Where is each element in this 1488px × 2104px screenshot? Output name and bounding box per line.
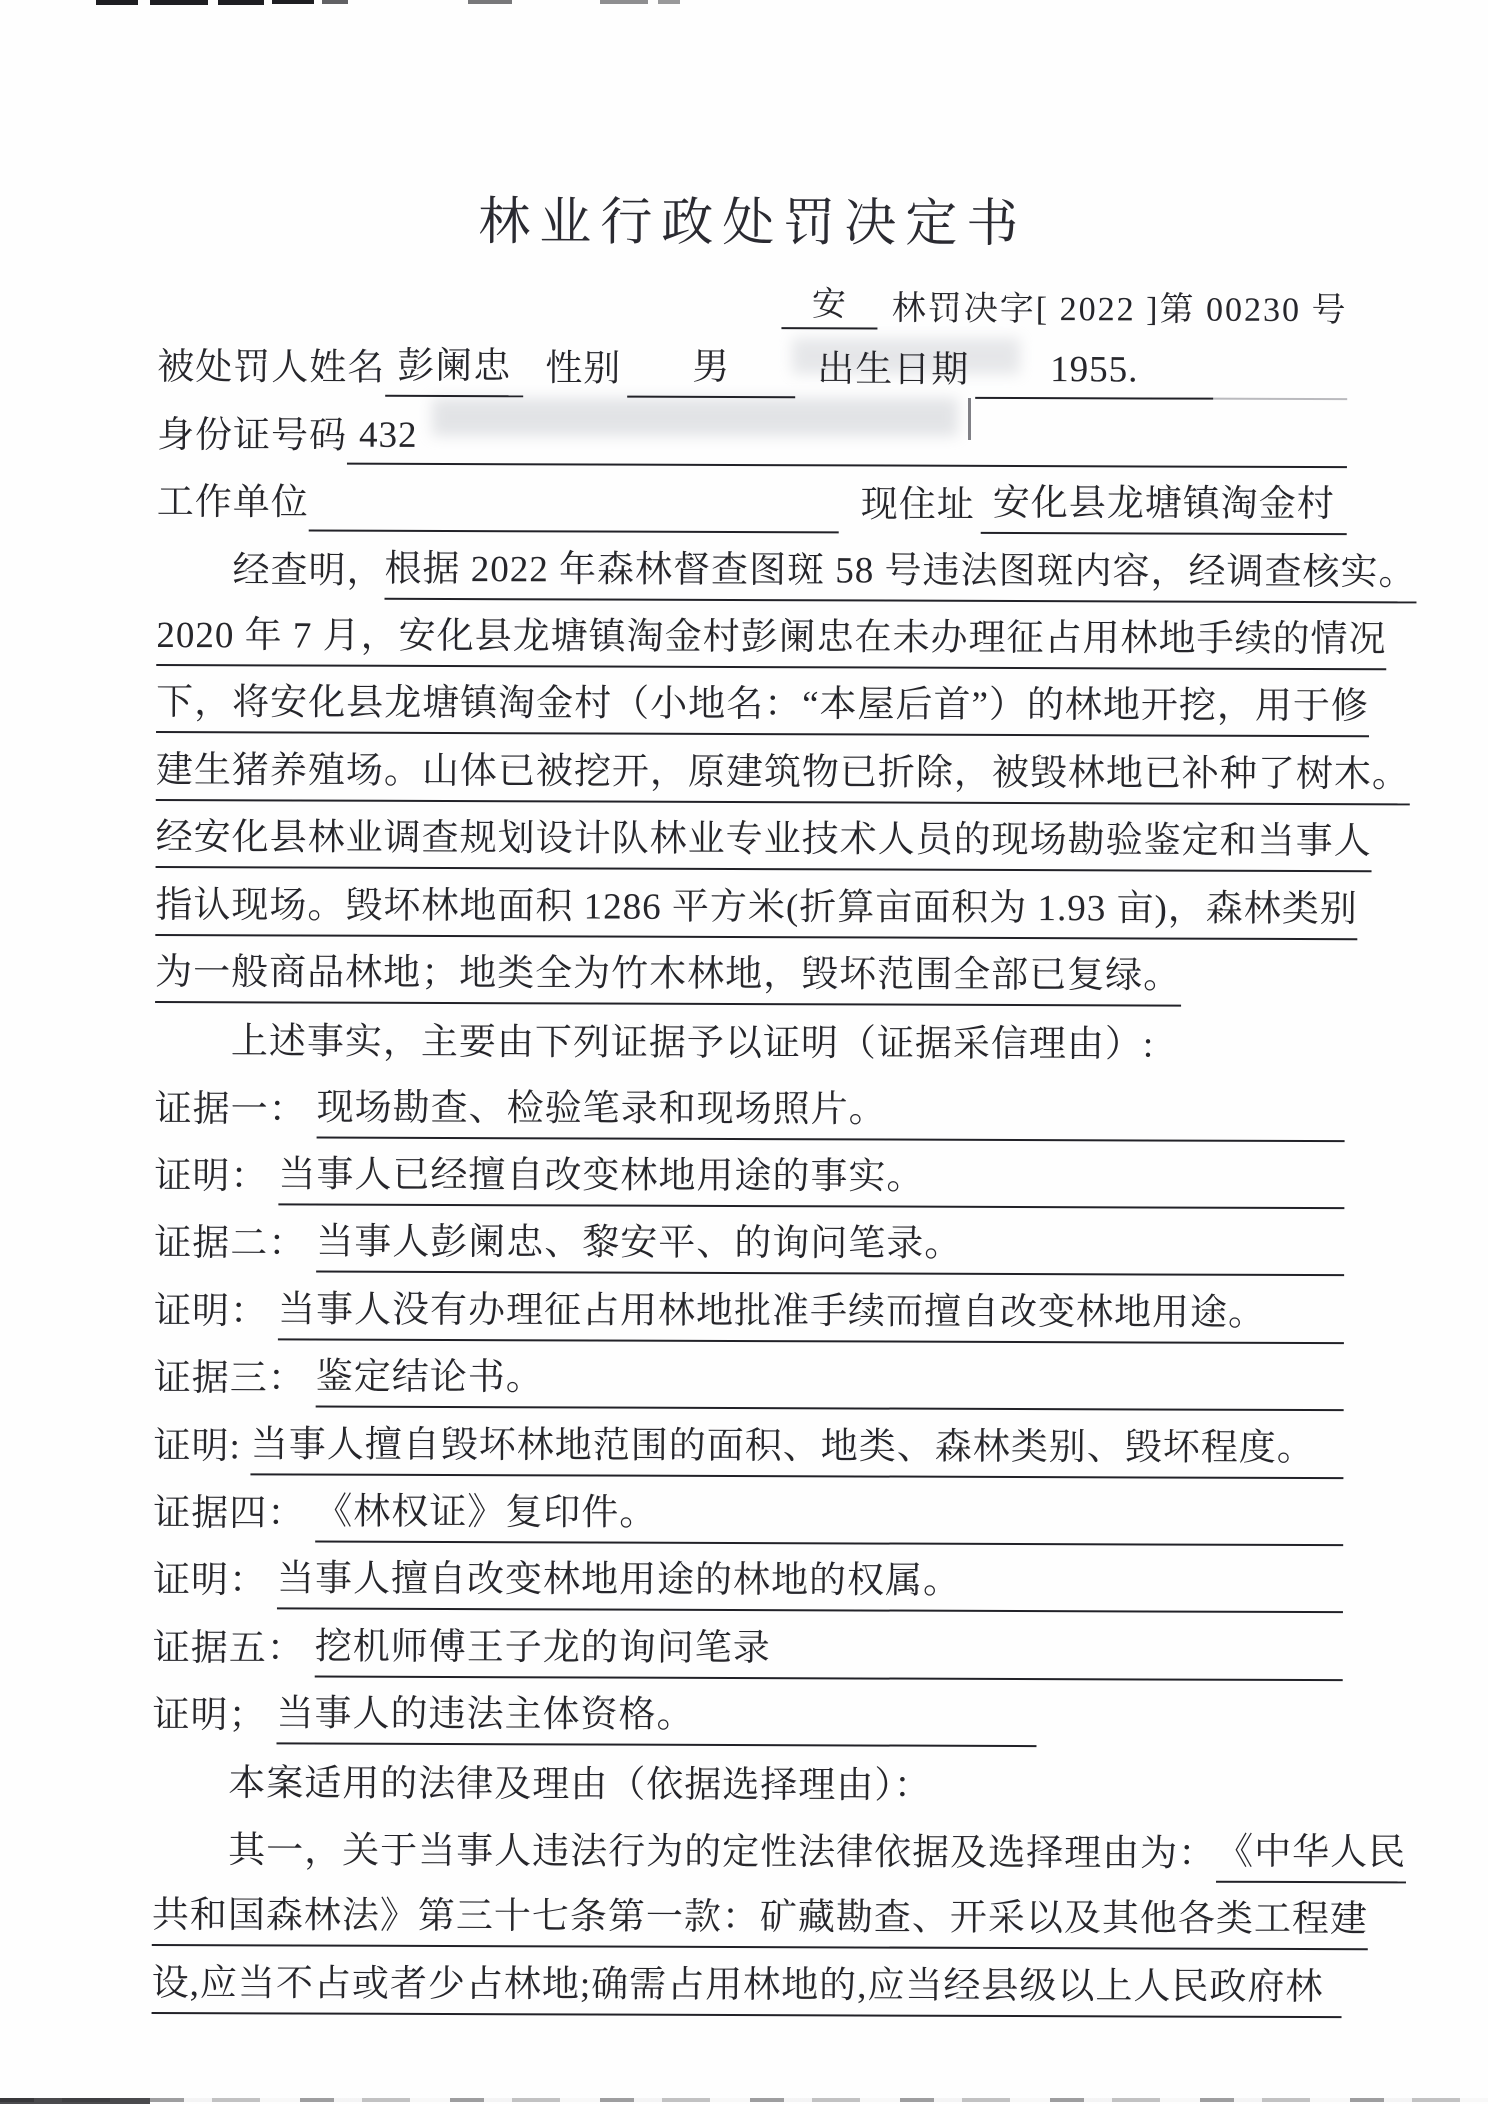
- evidence-text: 挖机师傅王子龙的询问笔录: [315, 1615, 1343, 1681]
- scan-artifact: [272, 0, 314, 4]
- gender-label: 性别: [545, 338, 621, 398]
- evidence-intro: 上述事实，主要由下列证据予以证明（证据采信理由）:: [155, 1010, 1154, 1073]
- field-row-id: 身份证号码 432: [157, 398, 1347, 470]
- law-line: 设,应当不占或者少占林地;确需占用林地的,应当经县级以上人民政府林: [152, 1948, 1342, 2020]
- law-first-underlined: 《中华人民: [1216, 1821, 1406, 1884]
- evidence-text: 当事人没有办理征占用林地批准手续而擅自改变林地用途。: [278, 1278, 1344, 1344]
- evidence-label: 证明：: [153, 1549, 267, 1609]
- scan-artifact: [600, 0, 648, 4]
- facts-text: 为一般商品林地；地类全为竹木林地，毁坏范围全部已复绿。: [155, 941, 1181, 1007]
- doc-number-text: 林罚决字[ 2022 ]第 00230 号: [892, 281, 1348, 332]
- scan-artifact: [218, 0, 264, 5]
- evidence-row: 证明； 当事人的违法主体资格。: [152, 1679, 1342, 1751]
- evidence-text: 当事人擅自毁坏林地范围的面积、地类、森林类别、毁坏程度。: [251, 1413, 1344, 1479]
- law-line: 共和国森林法》第三十七条第一款：矿藏勘查、开采以及其他各类工程建: [152, 1881, 1342, 1953]
- evidence-row: 证据一： 现场勘查、检验笔录和现场照片。: [155, 1072, 1345, 1144]
- scan-artifact: [0, 2098, 150, 2104]
- name-value: 彭阑忠: [385, 335, 523, 397]
- facts-line: 建生猪养殖场。山体已被挖开，原建筑物已折除，被毁林地已补种了树木。: [156, 735, 1346, 807]
- birth-label: 出生日期: [817, 339, 969, 400]
- facts-line: 2020 年 7 月，安化县龙塘镇淘金村彭阑忠在未办理征占用林地手续的情况: [156, 601, 1346, 673]
- field-row-name: 被处罚人姓名 彭阑忠 性别 男 出生日期 1955.: [157, 331, 1347, 403]
- evidence-row: 证据五： 挖机师傅王子龙的询问笔录: [153, 1611, 1343, 1683]
- evidence-row: 证明: 当事人擅自毁坏林地范围的面积、地类、森林类别、毁坏程度。: [153, 1409, 1343, 1481]
- name-label: 被处罚人姓名: [157, 336, 385, 397]
- evidence-label: 证明：: [154, 1280, 268, 1340]
- facts-text: 2020 年 7 月，安化县龙塘镇淘金村彭阑忠在未办理征占用林地手续的情况: [156, 604, 1386, 670]
- evidence-intro-row: 上述事实，主要由下列证据予以证明（证据采信理由）:: [155, 1005, 1345, 1077]
- facts-intro-row: 经查明， 根据 2022 年森林督查图斑 58 号违法图斑内容，经调查核实。: [156, 533, 1346, 605]
- evidence-text: 当事人彭阑忠、黎安平、的询问笔录。: [316, 1211, 1344, 1277]
- blank-underline: [1213, 389, 1347, 400]
- scan-artifact: [658, 0, 680, 4]
- facts-intro-underlined: 根据 2022 年森林督查图斑 58 号违法图斑内容，经调查核实。: [384, 537, 1416, 603]
- birth-value: 1955.: [975, 348, 1213, 400]
- law-text: 设,应当不占或者少占林地;确需占用林地的,应当经县级以上人民政府林: [152, 1952, 1342, 2018]
- evidence-row: 证明： 当事人没有办理征占用林地批准手续而擅自改变林地用途。: [154, 1274, 1344, 1346]
- evidence-label: 证明；: [152, 1684, 266, 1744]
- doc-number-region: 安: [782, 276, 878, 329]
- address-label: 现住址: [861, 474, 975, 534]
- law-intro-row: 本案适用的法律及理由（依据选择理由）：: [152, 1746, 1342, 1818]
- evidence-text: 《林权证》复印件。: [315, 1481, 1343, 1547]
- id-value: 432: [347, 413, 1347, 467]
- law-text: 共和国森林法》第三十七条第一款：矿藏勘查、开采以及其他各类工程建: [152, 1884, 1368, 1950]
- scan-artifact: [96, 0, 138, 5]
- scanned-document-page: 林业行政处罚决定书 安 林罚决字[ 2022 ]第 00230 号 被处罚人姓名…: [0, 0, 1488, 2104]
- address-value: 安化县龙塘镇淘金村: [981, 472, 1347, 535]
- evidence-text: 当事人已经擅自改变林地用途的事实。: [278, 1144, 1344, 1210]
- evidence-row: 证明： 当事人擅自改变林地用途的林地的权属。: [153, 1544, 1343, 1616]
- facts-text: 经安化县林业调查规划设计队林业专业技术人员的现场勘验鉴定和当事人: [156, 806, 1372, 872]
- evidence-label: 证明:: [153, 1415, 240, 1475]
- facts-text: 下，将安化县龙塘镇淘金村（小地名：“本屋后首”）的林地开挖，用于修: [156, 671, 1369, 737]
- evidence-text: 当事人擅自改变林地用途的林地的权属。: [277, 1548, 1343, 1614]
- facts-line: 为一般商品林地；地类全为竹木林地，毁坏范围全部已复绿。: [155, 938, 1345, 1010]
- scan-artifact: [468, 0, 512, 4]
- scan-artifact: [150, 0, 208, 5]
- evidence-label: 证据一：: [155, 1078, 307, 1139]
- facts-line: 下，将安化县龙塘镇淘金村（小地名：“本屋后首”）的林地开挖，用于修: [156, 668, 1346, 740]
- work-value-blank: [309, 512, 839, 534]
- evidence-text: 当事人的违法主体资格。: [276, 1683, 1036, 1748]
- scan-artifact: [322, 0, 348, 4]
- evidence-row: 证据四： 《林权证》复印件。: [153, 1477, 1343, 1549]
- document-body: 林业行政处罚决定书 安 林罚决字[ 2022 ]第 00230 号 被处罚人姓名…: [152, 165, 1348, 2020]
- facts-intro-plain: 经查明，: [156, 539, 384, 600]
- field-row-work-address: 工作单位 现住址 安化县龙塘镇淘金村: [157, 466, 1347, 538]
- evidence-label: 证据五：: [153, 1617, 305, 1678]
- doc-number-line: 安 林罚决字[ 2022 ]第 00230 号: [157, 265, 1347, 335]
- facts-text: 指认现场。毁坏林地面积 1286 平方米(折算亩面积为 1.93 亩)，森林类别: [155, 874, 1358, 940]
- facts-text: 建生猪养殖场。山体已被挖开，原建筑物已折除，被毁林地已补种了树木。: [156, 739, 1410, 805]
- evidence-row: 证据二： 当事人彭阑忠、黎安平、的询问笔录。: [154, 1207, 1344, 1279]
- facts-line: 经安化县林业调查规划设计队林业专业技术人员的现场勘验鉴定和当事人: [156, 803, 1346, 875]
- evidence-label: 证据三：: [154, 1347, 306, 1408]
- page-title: 林业行政处罚决定书: [158, 165, 1348, 269]
- evidence-label: 证据二：: [154, 1212, 306, 1273]
- id-label: 身份证号码: [157, 404, 347, 465]
- evidence-row: 证明： 当事人已经擅自改变林地用途的事实。: [154, 1140, 1344, 1212]
- evidence-label: 证明：: [154, 1145, 268, 1205]
- evidence-row: 证据三： 鉴定结论书。: [154, 1342, 1344, 1414]
- scan-artifact: [0, 2098, 1488, 2102]
- evidence-label: 证据四：: [153, 1482, 305, 1543]
- facts-line: 指认现场。毁坏林地面积 1286 平方米(折算亩面积为 1.93 亩)，森林类别: [155, 870, 1345, 942]
- law-first-row: 其一，关于当事人违法行为的定性法律依据及选择理由为： 《中华人民: [152, 1814, 1342, 1886]
- law-intro: 本案适用的法律及理由（依据选择理由）：: [152, 1752, 932, 1815]
- evidence-text: 鉴定结论书。: [316, 1346, 1344, 1412]
- law-first-plain: 其一，关于当事人违法行为的定性法律依据及选择理由为：: [152, 1819, 1216, 1883]
- gender-value: 男: [627, 336, 795, 399]
- work-label: 工作单位: [157, 471, 309, 532]
- evidence-text: 现场勘查、检验笔录和现场照片。: [317, 1076, 1345, 1142]
